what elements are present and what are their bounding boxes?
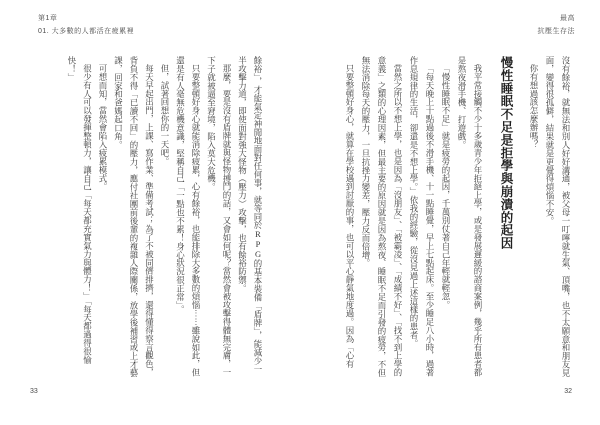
paragraph: 那麼，要是沒有盾牌就與怪物搏鬥的話，又會如何呢？當然會被攻擊得體無完膚，一下子就… bbox=[203, 56, 234, 378]
running-head-right: 最高 抗壓生存法 bbox=[538, 12, 576, 38]
paragraph: 餘裕」，才能氣定神閒地面對任何事，就等同於RPG的基本裝備「盾牌」，能減少一半攻… bbox=[234, 56, 265, 378]
page-number-right: 32 bbox=[564, 388, 572, 395]
paragraph: 很少有人可以發揮整頓力，讓自己「每天都充實氣力與體力！」「每天都過得很愉快！」 bbox=[64, 56, 95, 378]
chapter-label: 第1章 bbox=[38, 12, 134, 25]
paragraph: 但，試著回想你的一天吧。 bbox=[157, 56, 173, 378]
paragraph: 只要整頓好身心，就算在學校遇到討厭的事，也可以平心靜氣地度過。因為「心有 bbox=[342, 56, 358, 378]
book-title-line2: 抗壓生存法 bbox=[538, 25, 576, 38]
paragraph: 可想而知，當然會陷入疲累模式。 bbox=[95, 56, 111, 378]
paragraph: 沒有餘裕，就無法和別人好好溝通，被父母一叮嚀就生氣、頂嘴，也不太願意和朋友見面，… bbox=[542, 56, 574, 378]
paragraph: 「每天晚上十點過後不滑手機、十一點睡覺，早上七點起床。至少睡足八小時，過著作息規… bbox=[406, 56, 438, 378]
paragraph: 只要整頓好身心就能消除疲累，心有餘裕，也能排除大多數的煩惱⋯⋯雖說如此，但還是有… bbox=[172, 56, 203, 378]
section-label: 01. 大多數的人都活在疲累裡 bbox=[38, 25, 134, 38]
book-title-line1: 最高 bbox=[538, 12, 576, 25]
right-page-text: 沒有餘裕，就無法和別人好好溝通，被父母一叮嚀就生氣、頂嘴，也不太願意和朋友見面，… bbox=[306, 56, 574, 378]
paragraph: 「慢性睡眠不足」就是疲勞的起因，千萬別仗著自己年輕就輕忽。 bbox=[438, 56, 454, 378]
paragraph: 當然之所以不想上學，也是因為「沒朋友」、「被霸凌」、「成績不好」、「找不到上學的… bbox=[358, 56, 406, 378]
section-heading: 慢性睡眠不足是拒學與崩潰的起因 bbox=[497, 56, 515, 378]
paragraph: 你有想過該怎麼辦嗎？ bbox=[526, 56, 542, 378]
running-head-left: 第1章 01. 大多數的人都活在疲累裡 bbox=[38, 12, 134, 38]
left-page-text: 餘裕」，才能氣定神閒地面對任何事，就等同於RPG的基本裝備「盾牌」，能減少一半攻… bbox=[50, 56, 265, 378]
paragraph: 每天早起出門，上課、寫作業、準備考試；為了不被同儕排擠，還得懂得察言觀色，背負不… bbox=[110, 56, 157, 378]
paragraph: 我平常接觸不少十多歲青少年拒絕上學，或是發展遲緩的諮商案例，幾乎所有患者都是熬夜… bbox=[454, 56, 486, 378]
page-number-left: 33 bbox=[30, 388, 38, 395]
